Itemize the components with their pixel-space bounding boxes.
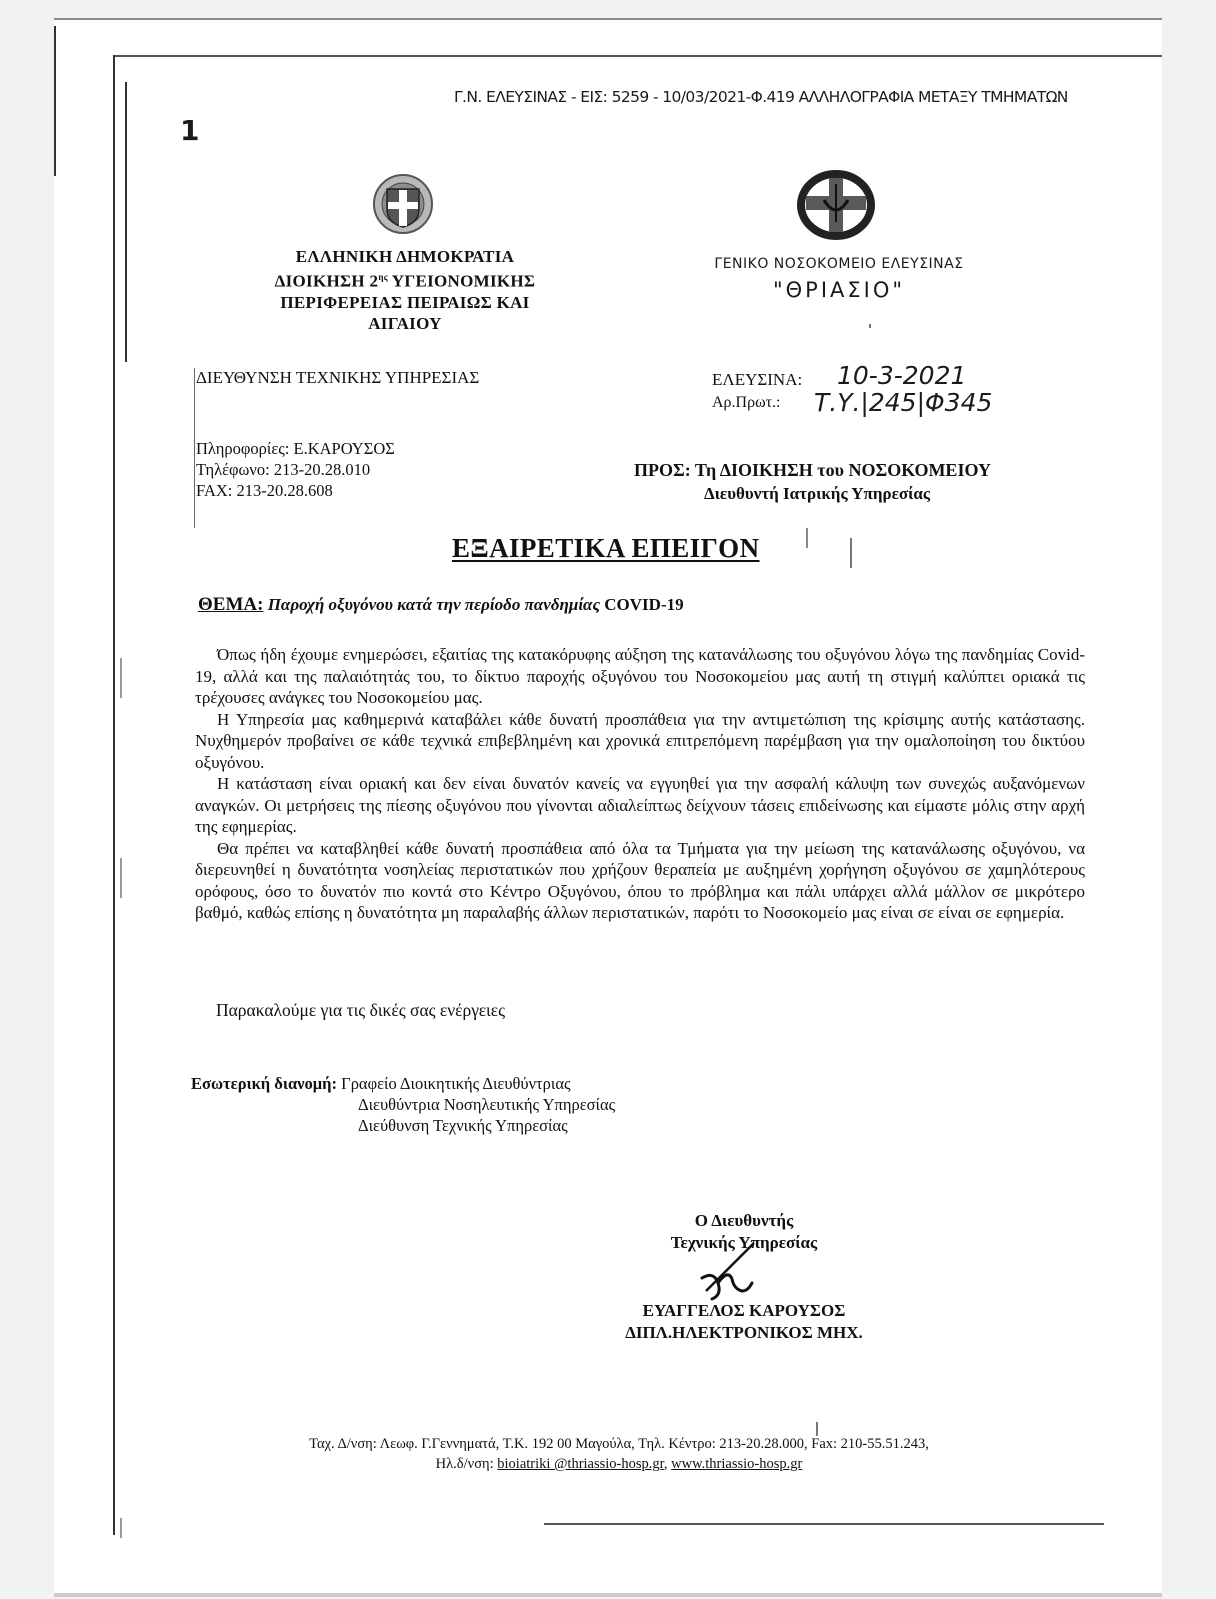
subject-line: ΘΕΜΑ: Παροχή οξυγόνου κατά την περίοδο π… — [198, 594, 684, 616]
issuing-authority-header: ΕΛΛΗΝΙΚΗ ΔΗΜΟΚΡΑΤΙΑ ΔΙΟΙΚΗΣΗ 2ης ΥΓΕΙΟΝΟ… — [250, 246, 560, 334]
footer-email-link[interactable]: bioiatriki @thriassio-hosp.gr — [497, 1456, 664, 1472]
internal-distribution: Εσωτερική διανομή: Γραφείο Διοικητικής Δ… — [191, 1073, 615, 1136]
place-label: ΕΛΕΥΣΙΝΑ: — [712, 370, 802, 390]
scan-border-top-inner — [114, 55, 1162, 57]
hospital-header: ΓΕΝΙΚΟ ΝΟΣΟΚΟΜΕΙΟ ΕΛΕΥΣΙΝΑΣ "ΘΡΙΑΣΙΟ" — [694, 256, 984, 302]
scan-border-left-outer — [54, 26, 56, 176]
distribution-label: Εσωτερική διανομή: — [191, 1074, 337, 1093]
body-paragraph: Η κατάσταση είναι οριακή και δεν είναι δ… — [195, 773, 1085, 838]
scan-dot — [120, 1518, 122, 1538]
distribution-item: Γραφείο Διοικητικής Διευθύντριας — [341, 1074, 570, 1093]
department-name: ΔΙΕΥΘΥΝΣΗ ΤΕΧΝΙΚΗΣ ΥΠΗΡΕΣΙΑΣ — [196, 368, 479, 388]
subject-text-tail: COVID-19 — [604, 595, 683, 614]
distribution-row: Εσωτερική διανομή: Γραφείο Διοικητικής Δ… — [191, 1073, 615, 1094]
recipient-line-1: ΠΡΟΣ: Τη ΔΙΟΙΚΗΣΗ του ΝΟΣΟΚΟΜΕΙΟΥ — [634, 460, 991, 481]
body-text: Όπως ήδη έχουμε ενημερώσει, εξαιτίας της… — [195, 644, 1085, 924]
handwritten-page-number: 1 — [180, 114, 199, 147]
closing-line: Παρακαλούμε για τις δικές σας ενέργειες — [216, 1000, 505, 1021]
body-paragraph: Θα πρέπει να καταβληθεί κάθε δυνατή προσ… — [195, 838, 1085, 924]
protocol-label: Αρ.Πρωτ.: — [712, 394, 780, 412]
authority-line-2: ΔΙΟΙΚΗΣΗ 2ης ΥΓΕΙΟΝΟΜΙΚΗΣ — [250, 267, 560, 292]
hospital-logo-icon — [796, 170, 876, 240]
footer-email-label: Ηλ.δ/νση: — [436, 1456, 494, 1472]
scan-dot — [850, 538, 852, 568]
urgent-title: ΕΞΑΙΡΕΤΙΚΑ ΕΠΕΙΓΟΝ — [452, 533, 759, 564]
signatory-qualification: ΔΙΠΛ.ΗΛΕΚΤΡΟΝΙΚΟΣ ΜΗΧ. — [574, 1322, 914, 1344]
contact-fax: FAX: 213-20.28.608 — [196, 480, 395, 501]
scan-line-left-3 — [194, 368, 195, 528]
handwritten-date: 10-3-2021 — [837, 361, 966, 390]
scan-line-left-2 — [125, 82, 127, 362]
signatory-name-block: ΕΥΑΓΓΕΛΟΣ ΚΑΡΟΥΣΟΣ ΔΙΠΛ.ΗΛΕΚΤΡΟΝΙΚΟΣ ΜΗΧ… — [574, 1300, 914, 1344]
hospital-name: ΓΕΝΙΚΟ ΝΟΣΟΚΟΜΕΙΟ ΕΛΕΥΣΙΝΑΣ — [694, 256, 984, 272]
scan-dot — [806, 528, 808, 548]
scan-border-left-inner — [113, 55, 115, 1535]
handwritten-protocol-number: Τ.Υ.|245|Φ345 — [814, 388, 992, 417]
scan-dot — [869, 324, 871, 328]
body-paragraph: Όπως ήδη έχουμε ενημερώσει, εξαιτίας της… — [195, 644, 1085, 709]
distribution-item: Διευθύντρια Νοσηλευτικής Υπηρεσίας — [191, 1094, 615, 1115]
authority-line-1: ΕΛΛΗΝΙΚΗ ΔΗΜΟΚΡΑΤΙΑ — [250, 246, 560, 267]
contact-info: Πληροφορίες: Ε.ΚΑΡΟΥΣΟΣ — [196, 438, 395, 459]
scan-dot — [120, 858, 122, 898]
distribution-item: Διεύθυνση Τεχνικής Υπηρεσίας — [191, 1115, 615, 1136]
recipient-line-2: Διευθυντή Ιατρικής Υπηρεσίας — [704, 484, 930, 504]
body-paragraph: Η Υπηρεσία μας καθημερινά καταβάλει κάθε… — [195, 709, 1085, 774]
registry-stamp: Γ.Ν. ΕΛΕΥΣΙΝΑΣ - ΕΙΣ: 5259 - 10/03/2021-… — [454, 88, 1068, 106]
signatory-name: ΕΥΑΓΓΕΛΟΣ ΚΑΡΟΥΣΟΣ — [574, 1300, 914, 1322]
scan-line-bottom — [544, 1523, 1104, 1525]
scan-dot — [120, 658, 122, 698]
letterhead-footer: Ταχ. Δ/νση: Λεωφ. Γ.Γεννηματά, Τ.Κ. 192 … — [204, 1434, 1034, 1474]
scanned-document-page: 1 Γ.Ν. ΕΛΕΥΣΙΝΑΣ - ΕΙΣ: 5259 - 10/03/202… — [54, 18, 1162, 1597]
scan-border-top-outer — [54, 18, 1162, 20]
greek-coat-of-arms-icon — [372, 171, 434, 237]
subject-label: ΘΕΜΑ: — [198, 594, 263, 615]
contact-phone: Τηλέφωνο: 213-20.28.010 — [196, 459, 395, 480]
subject-text: Παροχή οξυγόνου κατά την περίοδο πανδημί… — [268, 595, 600, 614]
contact-block: Πληροφορίες: Ε.ΚΑΡΟΥΣΟΣ Τηλέφωνο: 213-20… — [196, 438, 395, 501]
footer-contact: Ηλ.δ/νση: bioiatriki @thriassio-hosp.gr,… — [204, 1454, 1034, 1474]
signatory-title-line-1: Ο Διευθυντής — [614, 1210, 874, 1232]
footer-website-link[interactable]: www.thriassio-hosp.gr — [671, 1456, 802, 1472]
authority-line-3: ΠΕΡΙΦΕΡΕΙΑΣ ΠΕΙΡΑΙΩΣ ΚΑΙ ΑΙΓΑΙΟΥ — [250, 292, 560, 334]
footer-address: Ταχ. Δ/νση: Λεωφ. Γ.Γεννηματά, Τ.Κ. 192 … — [204, 1434, 1034, 1454]
hospital-brand: "ΘΡΙΑΣΙΟ" — [694, 278, 984, 302]
